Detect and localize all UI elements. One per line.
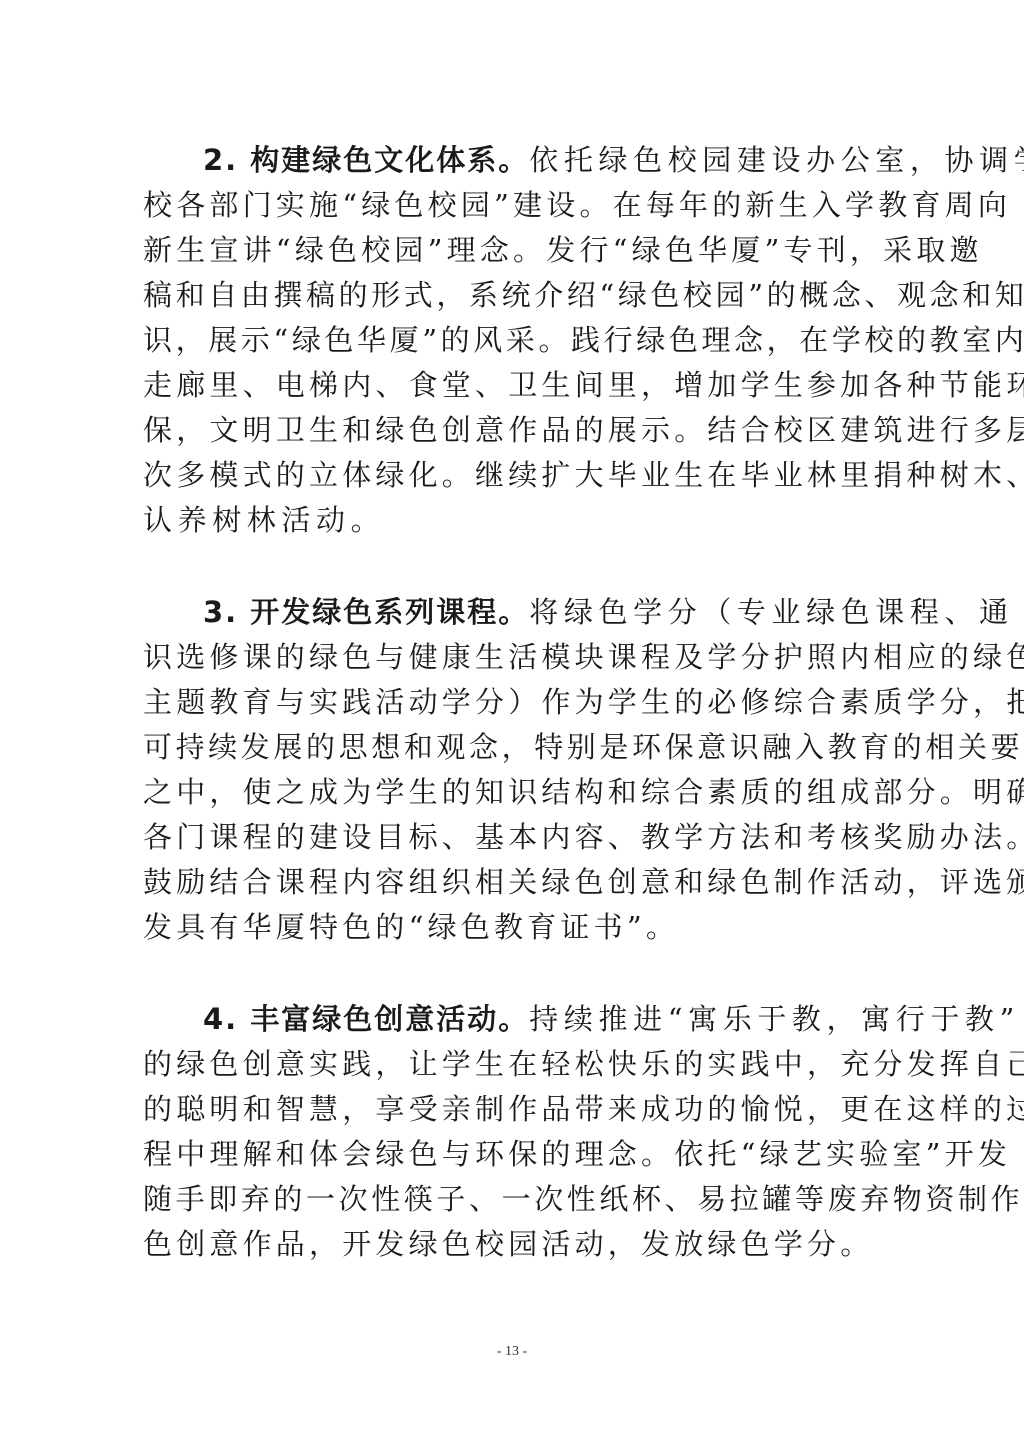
paragraph-4-line-1: 4. 丰富绿色创意活动。持续推进“寓乐于教，寓行于教”	[203, 997, 963, 1042]
paragraph-3-line: 鼓励结合课程内容组织相关绿色创意和绿色制作活动，评选颁	[143, 860, 903, 905]
page-number: - 13 -	[0, 1344, 1024, 1360]
paragraph-2-line: 新生宣讲“绿色校园”理念。发行“绿色华厦”专刊，采取邀	[143, 228, 903, 273]
paragraph-4-line: 的聪明和智慧，享受亲制作品带来成功的愉悦，更在这样的过	[143, 1087, 903, 1132]
paragraph-3-line: 主题教育与实践活动学分）作为学生的必修综合素质学分，把	[143, 680, 903, 725]
paragraph-2-line: 校各部门实施“绿色校园”建设。在每年的新生入学教育周向	[143, 183, 903, 228]
paragraph-3-line-1: 3. 开发绿色系列课程。将绿色学分（专业绿色课程、通	[203, 590, 963, 635]
paragraph-2-line: 走廊里、电梯内、食堂、卫生间里，增加学生参加各种节能环	[143, 363, 903, 408]
paragraph-3-line: 发具有华厦特色的“绿色教育证书”。	[143, 905, 903, 950]
paragraph-2-line: 识，展示“绿色华厦”的风采。践行绿色理念，在学校的教室内、	[143, 318, 903, 363]
paragraph-4-line: 程中理解和体会绿色与环保的理念。依托“绿艺实验室”开发	[143, 1132, 903, 1177]
paragraph-2-line: 认养树林活动。	[143, 498, 903, 543]
paragraph-3-heading: 3. 开发绿色系列课程。	[203, 595, 529, 629]
paragraph-2-line: 保，文明卫生和绿色创意作品的展示。结合校区建筑进行多层	[143, 408, 903, 453]
paragraph-2-heading: 2. 构建绿色文化体系。	[203, 143, 529, 177]
paragraph-4-line: 的绿色创意实践，让学生在轻松快乐的实践中，充分发挥自己	[143, 1042, 903, 1087]
paragraph-2-line: 次多模式的立体绿化。继续扩大毕业生在毕业林里捐种树木、	[143, 453, 903, 498]
paragraph-3-line: 之中，使之成为学生的知识结构和综合素质的组成部分。明确	[143, 770, 903, 815]
paragraph-4-line: 色创意作品，开发绿色校园活动，发放绿色学分。	[143, 1222, 903, 1267]
paragraph-4-heading: 4. 丰富绿色创意活动。	[203, 1002, 529, 1036]
paragraph-4-line: 随手即弃的一次性筷子、一次性纸杯、易拉罐等废弃物资制作绿	[143, 1177, 903, 1222]
document-page: 2. 构建绿色文化体系。依托绿色校园建设办公室，协调学 校各部门实施“绿色校园”…	[0, 0, 1024, 1447]
paragraph-2-line: 稿和自由撰稿的形式，系统介绍“绿色校园”的概念、观念和知	[143, 273, 903, 318]
paragraph-2-line-1: 2. 构建绿色文化体系。依托绿色校园建设办公室，协调学	[203, 138, 963, 183]
paragraph-3-line: 识选修课的绿色与健康生活模块课程及学分护照内相应的绿色	[143, 635, 903, 680]
paragraph-3-line: 可持续发展的思想和观念，特别是环保意识融入教育的相关要素	[143, 725, 903, 770]
paragraph-3-line: 各门课程的建设目标、基本内容、教学方法和考核奖励办法。	[143, 815, 903, 860]
